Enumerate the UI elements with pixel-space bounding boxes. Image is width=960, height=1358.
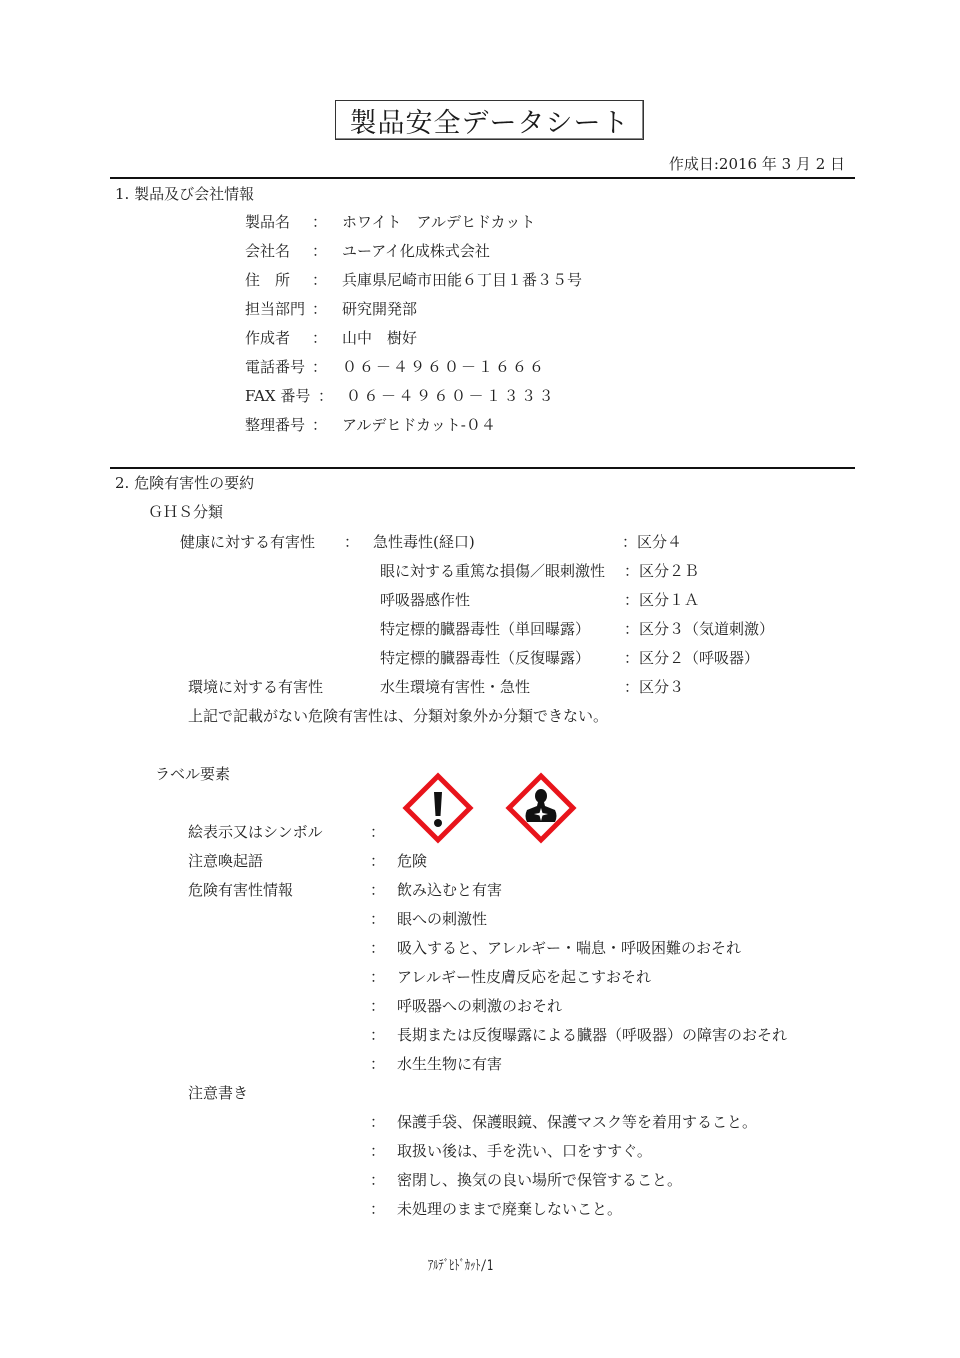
precautionary-statement: 密閉し、換気の良い場所で保管すること。 xyxy=(397,1170,682,1190)
health-hazard-label: 健康に対する有害性 xyxy=(180,532,315,552)
company-name-value: ユーアイ化成株式会社 xyxy=(342,241,490,261)
precautionary-statement: 取扱い後は、手を洗い、口をすすぐ。 xyxy=(397,1141,652,1161)
department-label: 担当部門 xyxy=(245,299,305,319)
hazard-class: 特定標的臓器毒性（反復曝露） xyxy=(380,648,590,668)
separator: ： xyxy=(370,851,385,871)
separator: ： xyxy=(370,1141,385,1161)
separator: ： xyxy=(312,241,327,261)
creation-date: 作成日:2016 年 3 月 2 日 xyxy=(669,154,845,174)
separator: ： xyxy=(370,938,385,958)
section-1-heading: 1. 製品及び会社情報 xyxy=(115,184,254,204)
hazard-statement: 水生生物に有害 xyxy=(397,1054,502,1074)
phone-value: ０６－４９６０－１６６６ xyxy=(342,357,546,377)
hazard-class: 急性毒性(経口) xyxy=(373,532,475,552)
product-name-label: 製品名 xyxy=(245,212,290,232)
page-footer: ｱﾙﾃﾞﾋﾄﾞｶｯﾄ/1 xyxy=(428,1256,493,1276)
hazard-statement: 眼への刺激性 xyxy=(397,909,487,929)
health-hazard-pictogram-icon xyxy=(505,772,577,844)
ghs-heading: ＧＨＳ分類 xyxy=(148,502,223,522)
precautionary-statement: 未処理のままで廃棄しないこと。 xyxy=(397,1199,622,1219)
hazard-category: ：区分２（呼吸器） xyxy=(624,648,759,668)
author-value: 山中 樹好 xyxy=(342,328,417,348)
separator: ： xyxy=(370,1112,385,1132)
hazard-statement: 吸入すると、アレルギー・喘息・呼吸困難のおそれ xyxy=(397,938,741,958)
separator: ： xyxy=(318,386,333,406)
section-2-heading: 2. 危険有害性の要約 xyxy=(115,473,254,493)
hazard-statement: 呼吸器への刺激のおそれ xyxy=(397,996,562,1016)
separator: ： xyxy=(312,270,327,290)
document-title: 製品安全データシート xyxy=(335,100,644,140)
hazard-category: ：区分３ xyxy=(624,677,684,697)
separator: ： xyxy=(370,909,385,929)
exclamation-mark-pictogram-icon xyxy=(402,772,474,844)
hazard-category: ：区分１Ａ xyxy=(624,590,699,610)
separator: ： xyxy=(312,328,327,348)
separator: ： xyxy=(312,299,327,319)
label-elements-heading: ラベル要素 xyxy=(155,764,230,784)
hazard-statements-label: 危険有害性情報 xyxy=(188,880,293,900)
hazard-category: ：区分４ xyxy=(622,532,682,552)
precautionary-statement: 保護手袋、保護眼鏡、保護マスク等を着用すること。 xyxy=(397,1112,757,1132)
divider xyxy=(110,177,855,179)
phone-label: 電話番号 xyxy=(245,357,305,377)
hazard-class: 眼に対する重篤な損傷／眼刺激性 xyxy=(380,561,605,581)
separator: ： xyxy=(312,357,327,377)
fax-label: FAX 番号 xyxy=(245,386,310,406)
separator: ： xyxy=(370,1199,385,1219)
address-label: 住 所 xyxy=(245,270,290,290)
author-label: 作成者 xyxy=(245,328,290,348)
separator: ： xyxy=(370,1054,385,1074)
separator: ： xyxy=(370,822,385,842)
company-name-label: 会社名 xyxy=(245,241,290,261)
product-name-value: ホワイト アルデヒドカット xyxy=(342,212,535,232)
separator: ： xyxy=(370,880,385,900)
hazard-class: 特定標的臓器毒性（単回曝露） xyxy=(380,619,590,639)
hazard-class: 水生環境有害性・急性 xyxy=(380,677,530,697)
separator: ： xyxy=(312,212,327,232)
reference-number-value: アルデヒドカット-０４ xyxy=(342,415,496,435)
divider xyxy=(110,467,855,469)
pictogram-label: 絵表示又はシンボル xyxy=(188,822,323,842)
hazard-category: ：区分３（気道刺激） xyxy=(624,619,774,639)
reference-number-label: 整理番号 xyxy=(245,415,305,435)
precautionary-statements-label: 注意書き xyxy=(188,1083,248,1103)
hazard-class: 呼吸器感作性 xyxy=(380,590,470,610)
separator: ： xyxy=(312,415,327,435)
separator: ： xyxy=(370,996,385,1016)
hazard-statement: アレルギー性皮膚反応を起こすおそれ xyxy=(397,967,651,987)
address-value: 兵庫県尼崎市田能６丁目１番３５号 xyxy=(342,270,582,290)
department-value: 研究開発部 xyxy=(342,299,417,319)
separator: ： xyxy=(344,532,359,552)
separator: ： xyxy=(370,1025,385,1045)
signal-word-value: 危険 xyxy=(397,851,427,871)
fax-value: ０６－４９６０－１３３３ xyxy=(346,386,556,406)
separator: ： xyxy=(370,1170,385,1190)
hazard-category: ：区分２Ｂ xyxy=(624,561,699,581)
hazard-statement: 長期または反復曝露による臓器（呼吸器）の障害のおそれ xyxy=(397,1025,787,1045)
hazard-statement: 飲み込むと有害 xyxy=(397,880,502,900)
environmental-hazard-label: 環境に対する有害性 xyxy=(188,677,323,697)
signal-word-label: 注意喚起語 xyxy=(188,851,263,871)
classification-note: 上記で記載がない危険有害性は、分類対象外か分類できない。 xyxy=(188,706,608,726)
separator: ： xyxy=(370,967,385,987)
